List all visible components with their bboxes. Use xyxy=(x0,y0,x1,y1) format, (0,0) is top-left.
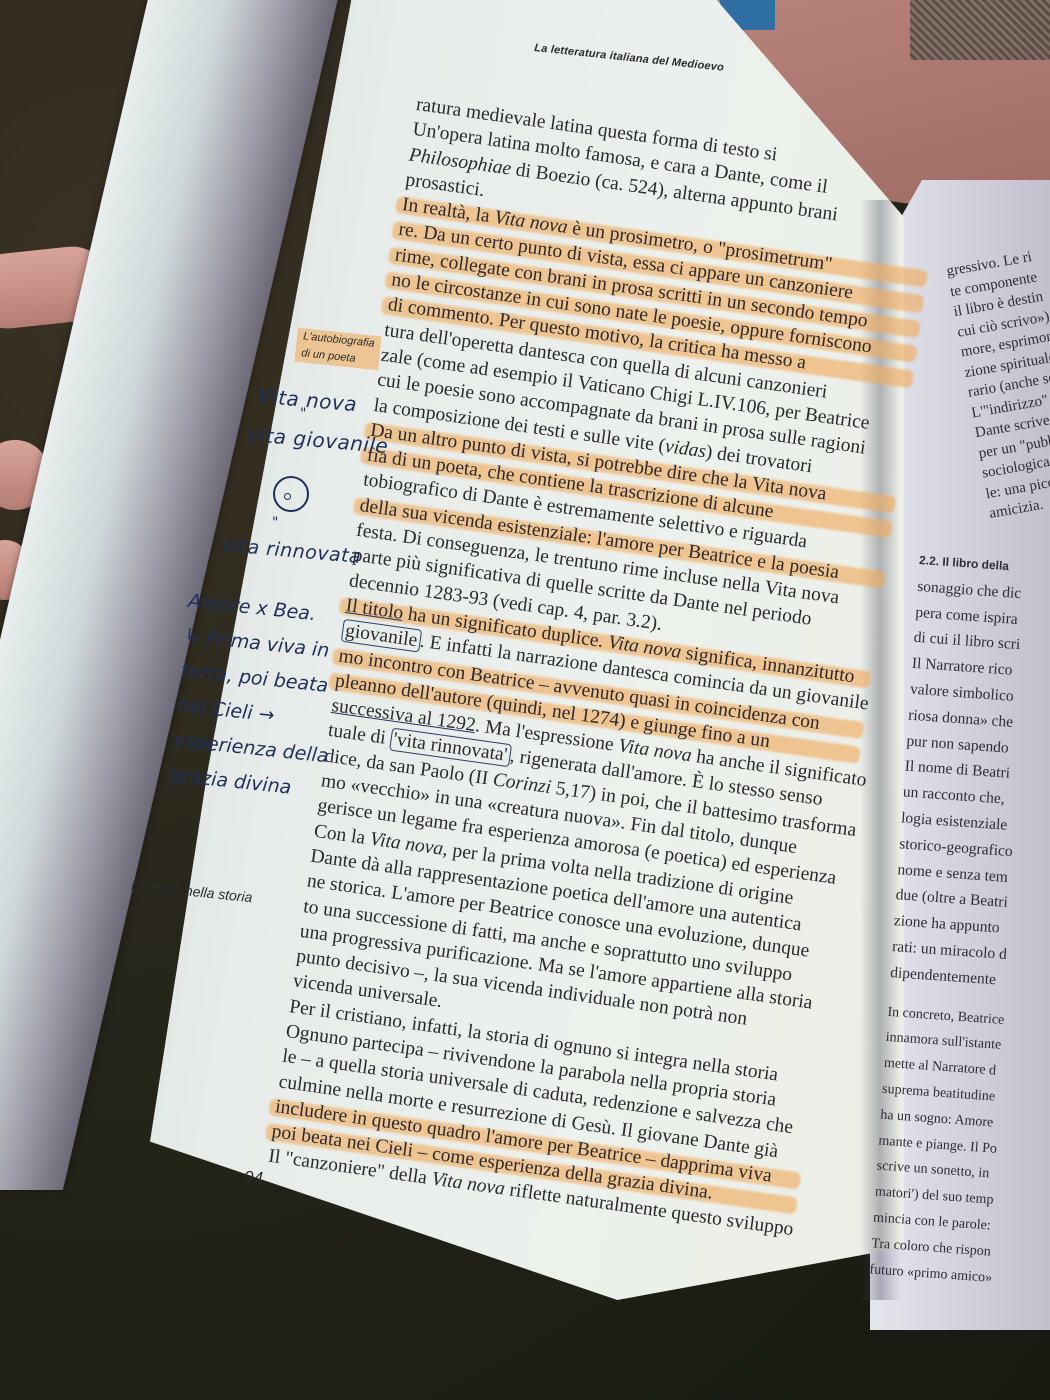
handwritten-notes: Amore x Bea. ↳ Prima viva in terra, poi … xyxy=(168,584,345,809)
knit-sleeve xyxy=(910,0,1050,60)
handwritten-ditto-mark: " xyxy=(300,406,307,422)
page-number: 94 xyxy=(243,1167,263,1188)
handwritten-ditto-mark: " xyxy=(272,515,279,531)
face-doodle-icon xyxy=(273,476,309,512)
photo-scene: La letteratura italiana del Medioevo rat… xyxy=(0,0,1050,1400)
